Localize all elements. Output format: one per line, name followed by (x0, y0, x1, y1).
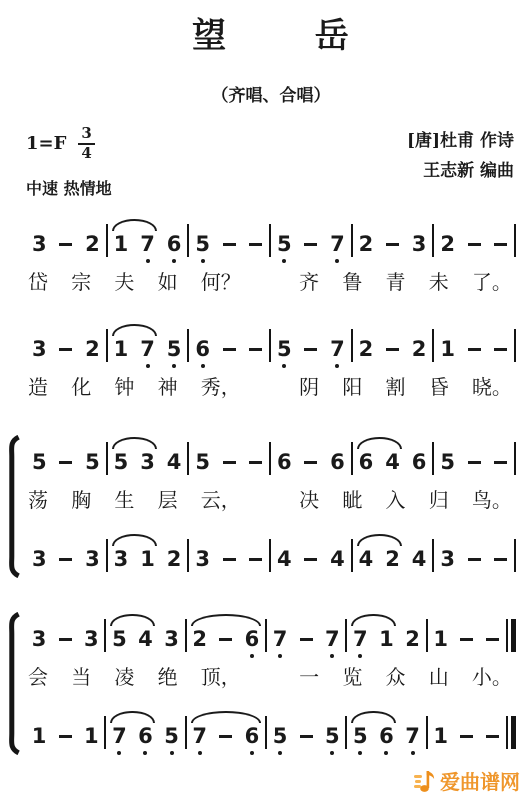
slur-arc (112, 534, 157, 546)
note-number: 3 (85, 547, 100, 572)
barline (514, 329, 516, 362)
note-number: 4 (330, 547, 345, 572)
duration-dash (304, 461, 317, 464)
slur-arc (112, 324, 157, 336)
note-cell: 2 (434, 232, 461, 263)
lyric-syllable: 小。 (472, 663, 512, 691)
note-number: 6 (195, 337, 210, 362)
note-number: 3 (164, 627, 179, 652)
measure: 646 (353, 435, 433, 481)
duration-dash (304, 243, 317, 246)
octave-dot (335, 364, 339, 368)
note-number: 2 (85, 337, 100, 362)
measure: 76 (187, 709, 265, 755)
note-number: 6 (245, 627, 260, 652)
barline (514, 539, 516, 572)
duration-dash (300, 638, 313, 641)
note-number: 7 (330, 232, 345, 257)
system: 3354326777121会当凌绝顶，一览众山小。1176576555671 (26, 612, 516, 755)
note-cell: 3 (79, 547, 106, 578)
lyric-syllable: 阳 (342, 373, 362, 401)
lyric-syllable: 秀， (201, 373, 241, 401)
note-cell: 2 (161, 547, 188, 578)
duration-dash (59, 638, 72, 641)
duration-dash (494, 461, 507, 464)
note-number: 5 (440, 450, 455, 475)
note-number: 4 (412, 547, 427, 572)
duration-dash (223, 348, 236, 351)
measure: 1 (428, 612, 506, 658)
lyric-syllable: 鸟。 (472, 486, 512, 514)
note-number: 2 (405, 627, 420, 652)
lyrics-line: 荡胸生层云，决眦入归鸟。 (26, 486, 516, 514)
measure: 543 (106, 612, 184, 658)
note-number: 2 (359, 337, 374, 362)
lyric-syllable: 一 (299, 663, 319, 691)
note-cell: 7 (134, 337, 161, 368)
duration-dash (59, 735, 72, 738)
slur-arc (191, 711, 261, 723)
measure: 312 (108, 532, 188, 578)
note-cell (298, 337, 325, 368)
note-cell (213, 724, 239, 755)
music-note-icon (413, 768, 437, 794)
note-cell: 5 (347, 724, 373, 755)
note-cell: 5 (319, 724, 345, 755)
note-number: 5 (32, 450, 47, 475)
note-number: 1 (114, 232, 129, 257)
note-cell: 4 (324, 547, 351, 578)
note-number: 2 (359, 232, 374, 257)
duration-dash (249, 243, 262, 246)
note-cell (52, 627, 78, 658)
note-cell (298, 547, 325, 578)
note-cell (53, 337, 80, 368)
slur-arc (110, 614, 154, 626)
note-cell: 1 (78, 724, 104, 755)
measure: 567 (347, 709, 425, 755)
note-cell (454, 627, 480, 658)
note-number: 4 (138, 627, 153, 652)
lyric-syllable: 会 (28, 663, 48, 691)
barline (514, 224, 516, 257)
note-number: 2 (412, 337, 427, 362)
octave-dot (250, 654, 254, 658)
note-number: 1 (140, 547, 155, 572)
note-cell: 6 (406, 450, 433, 481)
note-cell (53, 450, 80, 481)
note-number: 3 (412, 232, 427, 257)
note-number: 1 (114, 337, 129, 362)
duration-dash (468, 243, 481, 246)
system-body: 3354326777121会当凌绝顶，一览众山小。1176576555671 (26, 612, 516, 755)
note-number: 7 (192, 724, 207, 749)
note-cell: 2 (353, 232, 380, 263)
melody-line: 32175657221 (26, 322, 516, 368)
note-cell: 2 (379, 547, 406, 578)
measure: 57 (271, 322, 351, 368)
credits-block: [唐]杜甫 作诗 王志新 编曲 (407, 126, 514, 181)
duration-dash (223, 461, 236, 464)
note-number: 4 (359, 547, 374, 572)
lyric-syllable: 宗 (71, 268, 91, 296)
voice-bracket (5, 435, 21, 578)
note-number: 2 (85, 232, 100, 257)
measure: 3 (189, 532, 269, 578)
lyric-syllable: 凌 (114, 663, 134, 691)
duration-dash (460, 638, 473, 641)
duration-dash (486, 735, 499, 738)
note-cell (242, 337, 269, 368)
note-cell: 3 (26, 547, 53, 578)
system-body: 555345666465荡胸生层云，决眦入归鸟。333123444243 (26, 435, 516, 578)
note-number: 5 (273, 724, 288, 749)
octave-dot (335, 259, 339, 263)
duration-dash (386, 348, 399, 351)
duration-dash (249, 348, 262, 351)
duration-dash (494, 558, 507, 561)
lyric-syllable: 生 (114, 486, 134, 514)
lyric-syllable: 鲁 (342, 268, 362, 296)
duration-dash (300, 735, 313, 738)
note-number: 1 (433, 627, 448, 652)
voice-bracket (5, 612, 21, 755)
octave-dot (117, 751, 121, 755)
final-barline-thick (511, 716, 516, 749)
lyric-syllable: 绝 (158, 663, 178, 691)
duration-dash (59, 558, 72, 561)
measure: 32 (26, 322, 106, 368)
note-number: 6 (138, 724, 153, 749)
note-cell: 4 (353, 547, 380, 578)
final-barline (506, 619, 516, 652)
note-cell: 5 (189, 450, 216, 481)
composer-credit: 王志新 编曲 (423, 156, 514, 181)
watermark-text: 爱曲谱网 (440, 766, 520, 795)
note-number: 5 (114, 450, 129, 475)
note-cell: 4 (271, 547, 298, 578)
note-cell: 7 (324, 337, 351, 368)
voice-gap (26, 691, 516, 709)
measure: 23 (353, 217, 433, 263)
note-number: 6 (167, 232, 182, 257)
lyric-syllable: 青 (386, 268, 406, 296)
lyric-syllable: 层 (158, 486, 178, 514)
lyrics-line: 造化钟神秀，阴阳割昏晓。 (26, 373, 516, 401)
measure: 33 (26, 612, 104, 658)
measure: 66 (271, 435, 351, 481)
note-cell: 6 (161, 232, 188, 263)
duration-dash (219, 735, 232, 738)
note-cell (293, 724, 319, 755)
note-cell: 3 (406, 232, 433, 263)
notation-area: 32176557232岱宗夫如何？齐鲁青未了。32175657221造化钟神秀，… (26, 217, 516, 755)
note-cell (487, 547, 514, 578)
final-barline (506, 716, 516, 749)
lyric-syllable: 晓。 (472, 373, 512, 401)
note-cell: 5 (161, 337, 188, 368)
duration-dash (468, 461, 481, 464)
note-number: 5 (195, 450, 210, 475)
octave-dot (384, 751, 388, 755)
note-cell: 5 (271, 337, 298, 368)
note-cell (480, 724, 506, 755)
duration-dash (468, 348, 481, 351)
duration-dash (223, 558, 236, 561)
sheet-music-page: 望 岳 （齐唱、合唱） 1=F 3 4 中速 热情地 [唐]杜甫 作诗 王志新 … (0, 0, 526, 801)
note-cell: 7 (324, 232, 351, 263)
note-number: 7 (325, 627, 340, 652)
note-number: 2 (167, 547, 182, 572)
note-number: 7 (140, 337, 155, 362)
note-cell (298, 450, 325, 481)
measure: 1 (428, 709, 506, 755)
note-cell: 2 (79, 337, 106, 368)
note-cell: 5 (79, 450, 106, 481)
note-cell: 1 (428, 627, 454, 658)
note-cell (461, 232, 488, 263)
barline (514, 442, 516, 475)
note-cell (487, 337, 514, 368)
time-signature: 3 4 (78, 126, 94, 162)
note-number: 7 (405, 724, 420, 749)
lyric-syllable: 何？ (201, 268, 241, 296)
octave-dot (172, 259, 176, 263)
note-cell (487, 232, 514, 263)
melody-line: 1176576555671 (26, 709, 516, 755)
note-number: 5 (112, 627, 127, 652)
note-number: 7 (273, 627, 288, 652)
octave-dot (358, 654, 362, 658)
note-cell: 6 (324, 450, 351, 481)
note-cell: 3 (78, 627, 104, 658)
note-cell: 5 (271, 232, 298, 263)
measure: 2 (434, 217, 514, 263)
final-barline-thick (511, 619, 516, 652)
note-cell (293, 627, 319, 658)
note-number: 1 (84, 724, 99, 749)
note-number: 6 (245, 724, 260, 749)
note-number: 1 (440, 337, 455, 362)
slur-arc (191, 614, 261, 626)
note-cell (480, 627, 506, 658)
time-signature-denominator: 4 (81, 145, 91, 162)
note-cell: 4 (379, 450, 406, 481)
measure: 3 (434, 532, 514, 578)
note-number: 7 (330, 337, 345, 362)
lyric-syllable: 如 (158, 268, 178, 296)
note-cell: 7 (347, 627, 373, 658)
lyric-syllable: 云， (201, 486, 241, 514)
note-number: 2 (440, 232, 455, 257)
measure: 77 (267, 612, 345, 658)
note-cell: 6 (132, 724, 158, 755)
note-cell: 3 (134, 450, 161, 481)
measure: 175 (108, 322, 188, 368)
final-barline-thin (506, 619, 508, 652)
note-number: 1 (32, 724, 47, 749)
note-number: 5 (195, 232, 210, 257)
time-signature-numerator: 3 (78, 126, 94, 145)
measure: 55 (267, 709, 345, 755)
note-cell (53, 547, 80, 578)
note-cell: 2 (79, 232, 106, 263)
measure: 26 (187, 612, 265, 658)
octave-dot (282, 259, 286, 263)
octave-dot (330, 751, 334, 755)
system-body: 32176557232岱宗夫如何？齐鲁青未了。 (26, 217, 516, 296)
note-cell: 5 (159, 724, 185, 755)
octave-dot (411, 751, 415, 755)
note-cell: 7 (400, 724, 426, 755)
note-number: 6 (359, 450, 374, 475)
note-cell (242, 547, 269, 578)
note-cell: 6 (353, 450, 380, 481)
note-cell: 6 (189, 337, 216, 368)
note-cell (52, 724, 78, 755)
score-meta: 1=F 3 4 中速 热情地 [唐]杜甫 作诗 王志新 编曲 (26, 126, 516, 199)
duration-dash (494, 348, 507, 351)
note-cell (216, 232, 243, 263)
key-tempo-block: 1=F 3 4 中速 热情地 (26, 126, 112, 199)
measure: 5 (189, 217, 269, 263)
octave-dot (278, 751, 282, 755)
lyric-syllable: 当 (71, 663, 91, 691)
slur-arc (112, 437, 157, 449)
note-cell (242, 450, 269, 481)
note-number: 2 (385, 547, 400, 572)
lyric-syllable: 夫 (114, 268, 134, 296)
note-cell (53, 232, 80, 263)
note-number: 4 (167, 450, 182, 475)
note-cell (216, 450, 243, 481)
duration-dash (494, 243, 507, 246)
lyric-syllable: 神 (158, 373, 178, 401)
lyric-syllable: 阴 (299, 373, 319, 401)
note-cell: 5 (106, 627, 132, 658)
measure: 1 (434, 322, 514, 368)
measure: 712 (347, 612, 425, 658)
note-number: 3 (32, 547, 47, 572)
note-number: 3 (32, 627, 47, 652)
note-number: 2 (192, 627, 207, 652)
note-cell: 6 (239, 627, 265, 658)
note-number: 3 (140, 450, 155, 475)
note-cell: 7 (187, 724, 213, 755)
lyric-syllable: 决 (299, 486, 319, 514)
system: 32175657221造化钟神秀，阴阳割昏晓。 (26, 322, 516, 401)
song-title: 望 岳 (26, 8, 516, 57)
lyrics-line: 岱宗夫如何？齐鲁青未了。 (26, 268, 516, 296)
note-cell (461, 547, 488, 578)
duration-dash (219, 638, 232, 641)
duration-dash (59, 461, 72, 464)
measure: 33 (26, 532, 106, 578)
performance-type: （齐唱、合唱） (26, 81, 516, 106)
duration-dash (59, 243, 72, 246)
duration-dash (386, 243, 399, 246)
note-cell: 2 (353, 337, 380, 368)
note-cell: 1 (108, 232, 135, 263)
voice-gap (26, 514, 516, 532)
note-cell: 1 (428, 724, 454, 755)
key-signature-line: 1=F 3 4 (26, 126, 112, 162)
note-number: 6 (277, 450, 292, 475)
octave-dot (172, 364, 176, 368)
note-cell: 2 (406, 337, 433, 368)
system: 555345666465荡胸生层云，决眦入归鸟。333123444243 (26, 435, 516, 578)
key-signature: 1=F (26, 133, 66, 154)
measure: 55 (26, 435, 106, 481)
note-cell: 1 (373, 627, 399, 658)
measure: 44 (271, 532, 351, 578)
final-barline-thin (506, 716, 508, 749)
note-cell (379, 337, 406, 368)
note-number: 5 (277, 337, 292, 362)
note-number: 5 (325, 724, 340, 749)
slur-arc (112, 219, 157, 231)
note-cell: 7 (106, 724, 132, 755)
note-cell: 5 (189, 232, 216, 263)
measure: 32 (26, 217, 106, 263)
note-cell: 6 (271, 450, 298, 481)
octave-dot (201, 259, 205, 263)
note-cell: 7 (134, 232, 161, 263)
lyric-syllable: 山 (429, 663, 449, 691)
lyric-syllable: 割 (386, 373, 406, 401)
duration-dash (468, 558, 481, 561)
measure: 22 (353, 322, 433, 368)
note-cell: 4 (132, 627, 158, 658)
lyric-syllable: 昏 (429, 373, 449, 401)
slur-arc (357, 534, 402, 546)
note-cell: 5 (267, 724, 293, 755)
melody-line: 333123444243 (26, 532, 516, 578)
note-cell: 6 (239, 724, 265, 755)
lyric-syllable: 化 (71, 373, 91, 401)
lyric-syllable: 岱 (28, 268, 48, 296)
note-cell: 3 (434, 547, 461, 578)
octave-dot (330, 654, 334, 658)
system-body: 32175657221造化钟神秀，阴阳割昏晓。 (26, 322, 516, 401)
note-cell: 6 (373, 724, 399, 755)
lyric-syllable: 钟 (114, 373, 134, 401)
duration-dash (249, 558, 262, 561)
note-cell (461, 337, 488, 368)
lyric-syllable: 胸 (71, 486, 91, 514)
slur-arc (357, 437, 402, 449)
lyric-syllable: 顶， (201, 663, 241, 691)
measure: 534 (108, 435, 188, 481)
measure: 5 (434, 435, 514, 481)
note-number: 3 (114, 547, 129, 572)
note-cell: 1 (108, 337, 135, 368)
note-cell: 2 (400, 627, 426, 658)
note-cell: 3 (26, 232, 53, 263)
lyric-syllable: 览 (342, 663, 362, 691)
lyric-syllable: 造 (28, 373, 48, 401)
site-watermark: 爱曲谱网 (413, 766, 520, 795)
slur-arc (351, 711, 395, 723)
note-cell: 3 (26, 337, 53, 368)
measure: 57 (271, 217, 351, 263)
note-cell: 2 (187, 627, 213, 658)
note-cell: 5 (26, 450, 53, 481)
note-cell: 5 (434, 450, 461, 481)
note-cell: 4 (406, 547, 433, 578)
lyric-syllable: 了。 (472, 268, 512, 296)
measure: 6 (189, 322, 269, 368)
